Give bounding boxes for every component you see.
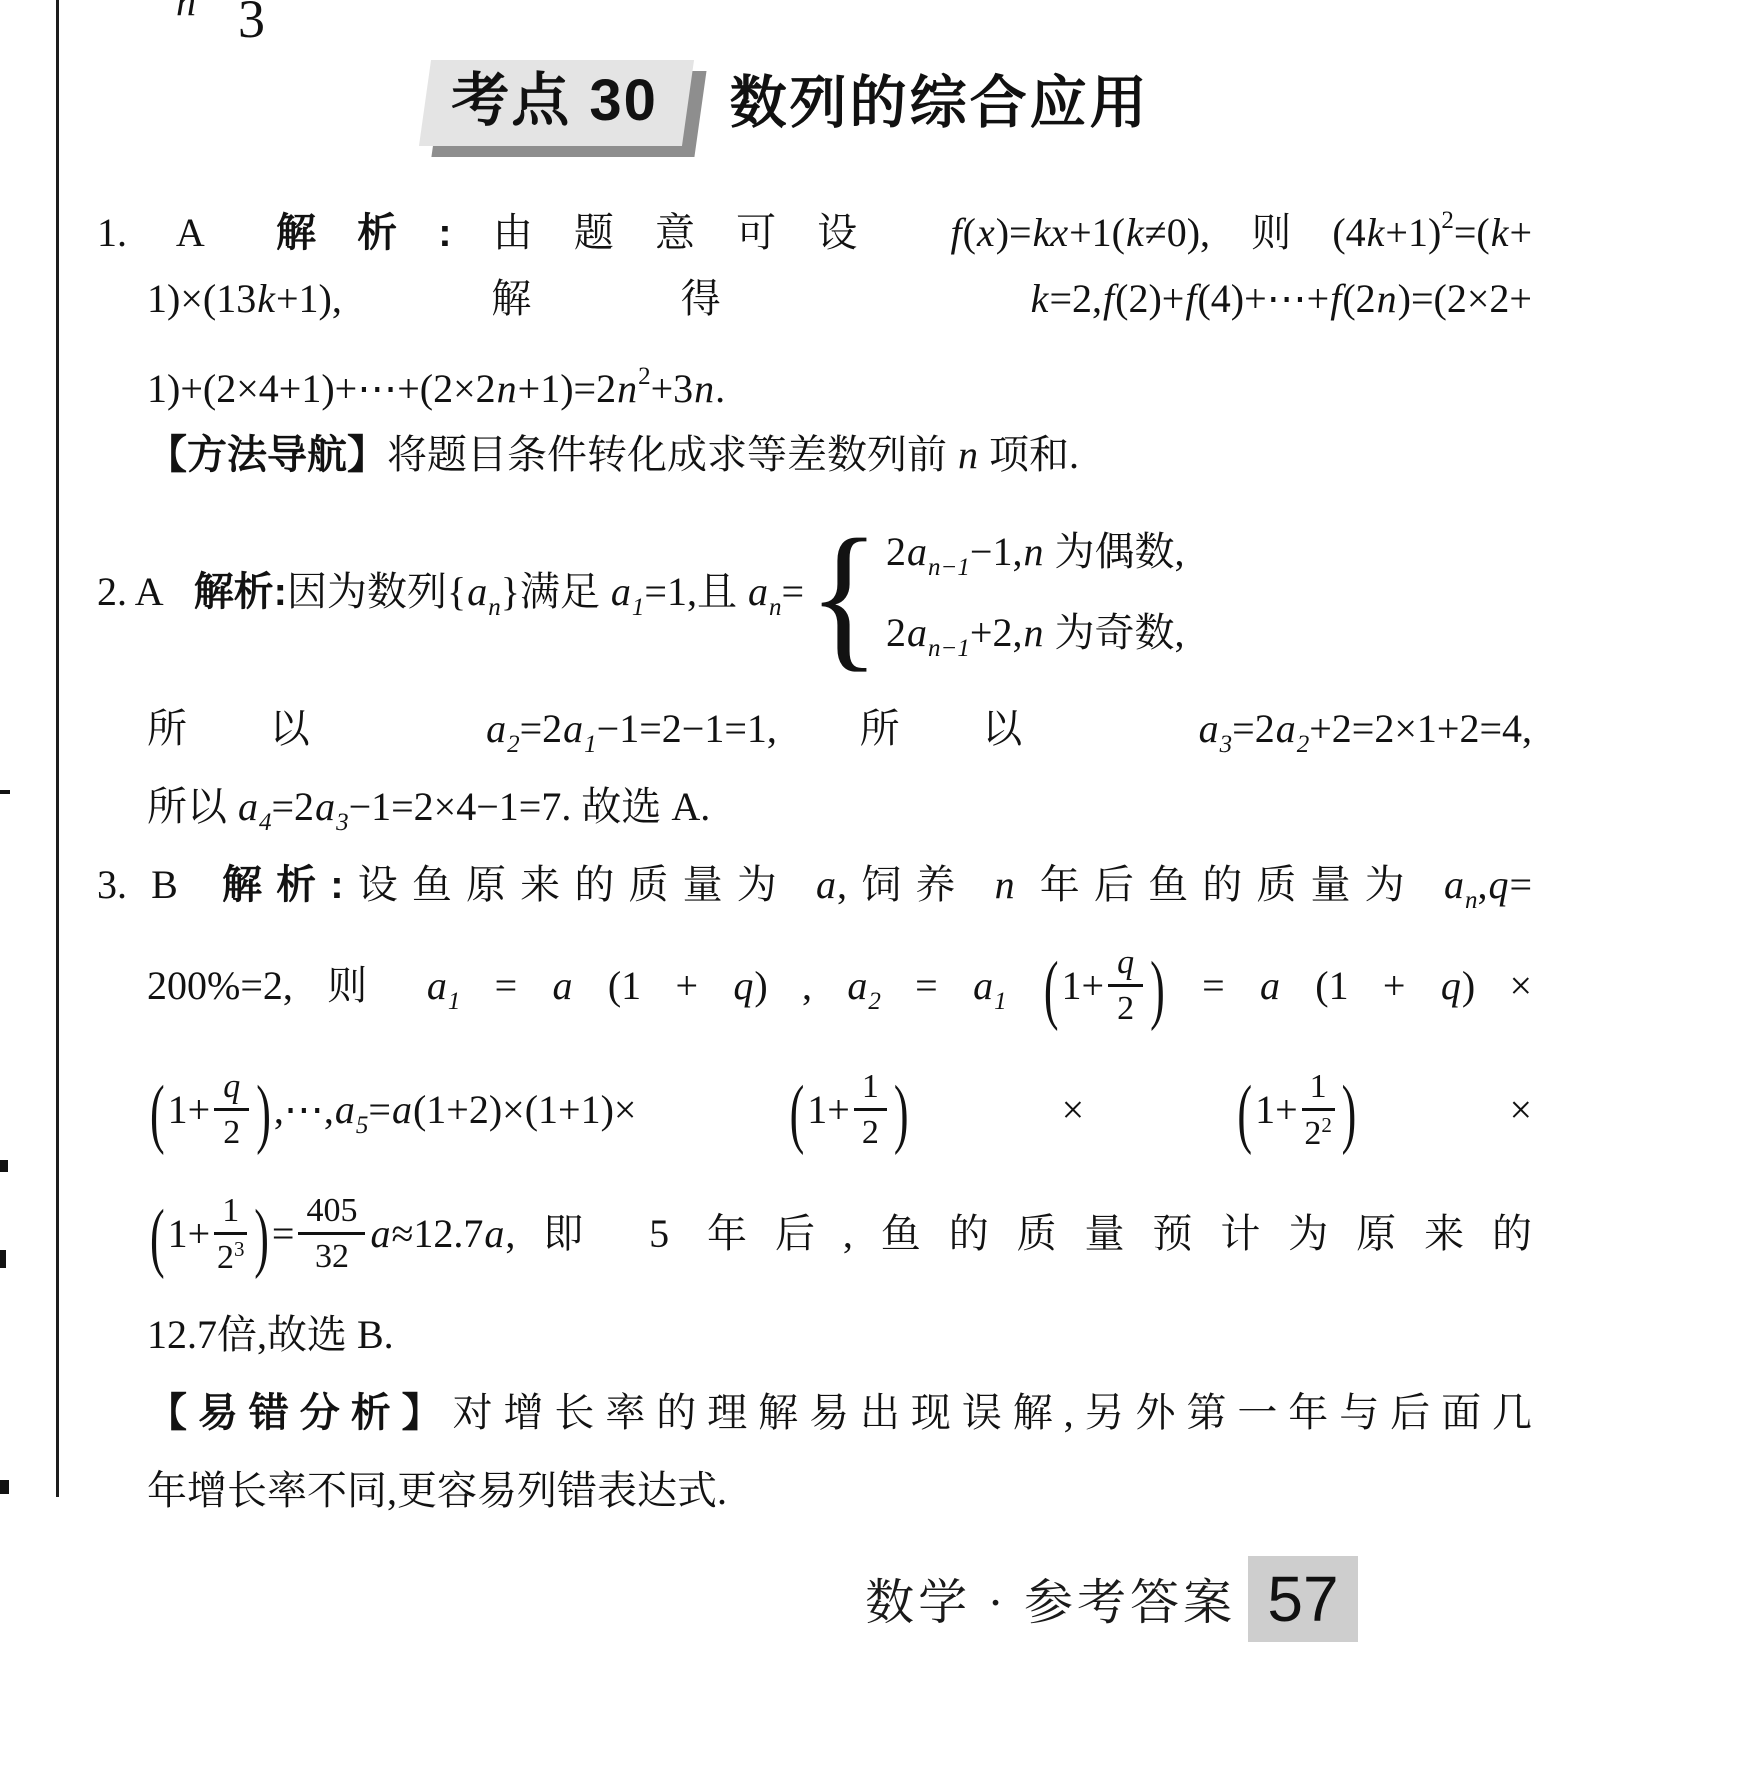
text-line: 所以 a2=2a1−1=2−1=1,所以 a3=2a2+2=2×1+2=4, [147,690,1532,768]
text-line: 12.7倍,故选 B. [147,1296,1532,1374]
text-line: (1+123)=40532a≈12.7a,即 5 年后,鱼的质量预计为原来的 [147,1172,1532,1296]
answer-content: 1. A解析:由题意可设 f(x)=kx+1(k≠0),则(4k+1)2=(k+… [0,182,1600,1530]
page-footer: 数学 · 参考答案 57 [0,1556,1358,1642]
text-line: 1)+(2×4+1)+⋯+(2×2n+1)=2n2+3n. [147,338,1532,416]
text-line: 1. A解析:由题意可设 f(x)=kx+1(k≠0),则(4k+1)2=(k+ [97,182,1532,260]
section-title: 数列的综合应用 [730,58,1150,148]
footer-label: 数学 · 参考答案 [865,1564,1236,1634]
page-number-badge: 57 [1248,1556,1358,1642]
text-line: 200%=2, 则 a1 = a (1 + q) , a2 = a1 (1+q2… [147,924,1532,1048]
answer-page: n 3 考点 30 数列的综合应用 1. A解析:由题意可设 f(x)=kx+1… [0,0,1756,1779]
text-line: 所以 a4=2a3−1=2×4−1=7. 故选 A. [147,768,1532,846]
section-header: 考点 30 数列的综合应用 [425,58,1150,148]
text-line: 3. B解析:设鱼原来的质量为 a,饲养 n 年后鱼的质量为 an,q= [97,846,1532,924]
kaodian-badge: 考点 30 [419,60,694,146]
page-edge-fragment: n [176,0,196,25]
text-line: 2. A解析:因为数列{an}满足 a1=1,且 an={2an−1−1,n 为… [97,494,1532,690]
text-line: (1+q2),⋯,a5=a(1+2)×(1+1)× (1+12) × (1+12… [147,1048,1532,1172]
text-line: 1)×(13k+1),解得 k=2,f(2)+f(4)+⋯+f(2n)=(2×2… [147,260,1532,338]
text-line: 【方法导航】将题目条件转化成求等差数列前 n 项和. [147,416,1532,494]
text-line: 【易错分析】对增长率的理解易出现误解,另外第一年与后面几 [147,1374,1532,1452]
text-line: 年增长率不同,更容易列错表达式. [147,1452,1532,1530]
kaodian-badge-label: 考点 30 [451,66,658,136]
page-edge-fragment: 3 [238,0,265,50]
